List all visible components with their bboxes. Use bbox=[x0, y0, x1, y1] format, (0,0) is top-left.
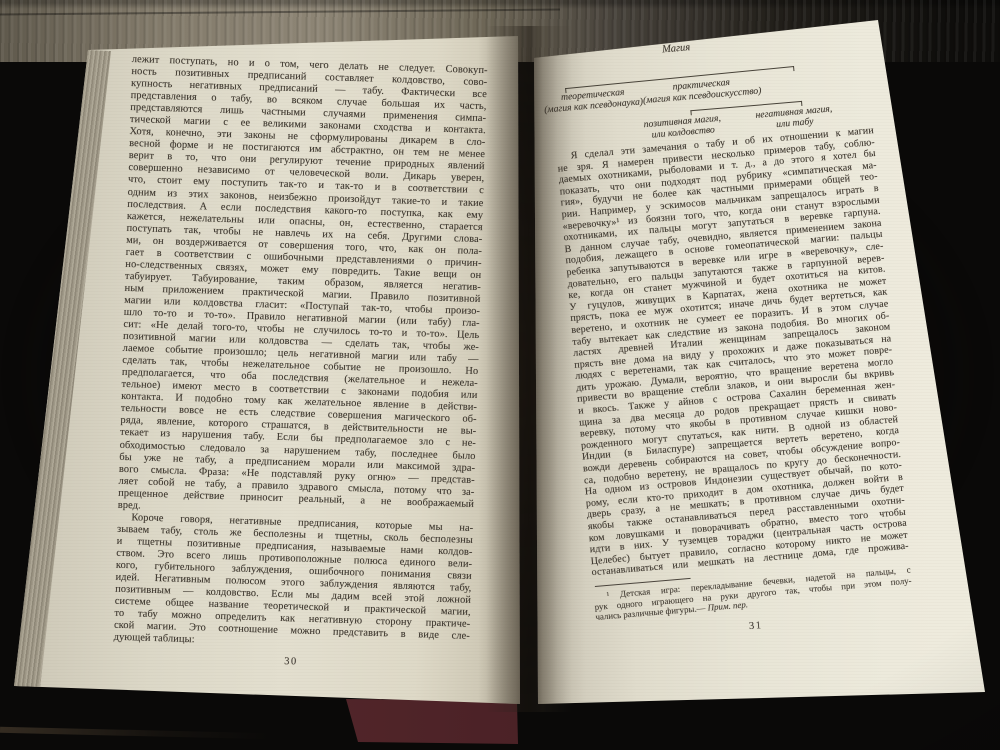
right-page-lines: Я сделал эти замечания о табу и об их от… bbox=[556, 125, 909, 579]
footnote-translator-note: Прим. пер. bbox=[707, 600, 748, 613]
left-page-lines: лежит поступать, но и о том, чего делать… bbox=[113, 54, 487, 655]
open-book-photo: лежит поступать, но и о том, чего делать… bbox=[0, 0, 1000, 750]
right-page-text: Магия теоретическая (магия как псевдонау… bbox=[548, 25, 915, 645]
left-page: лежит поступать, но и о том, чего делать… bbox=[14, 36, 520, 706]
wood-plank-seam-bottom bbox=[0, 727, 270, 740]
left-page-text: лежит поступать, но и о том, чего делать… bbox=[113, 54, 488, 674]
